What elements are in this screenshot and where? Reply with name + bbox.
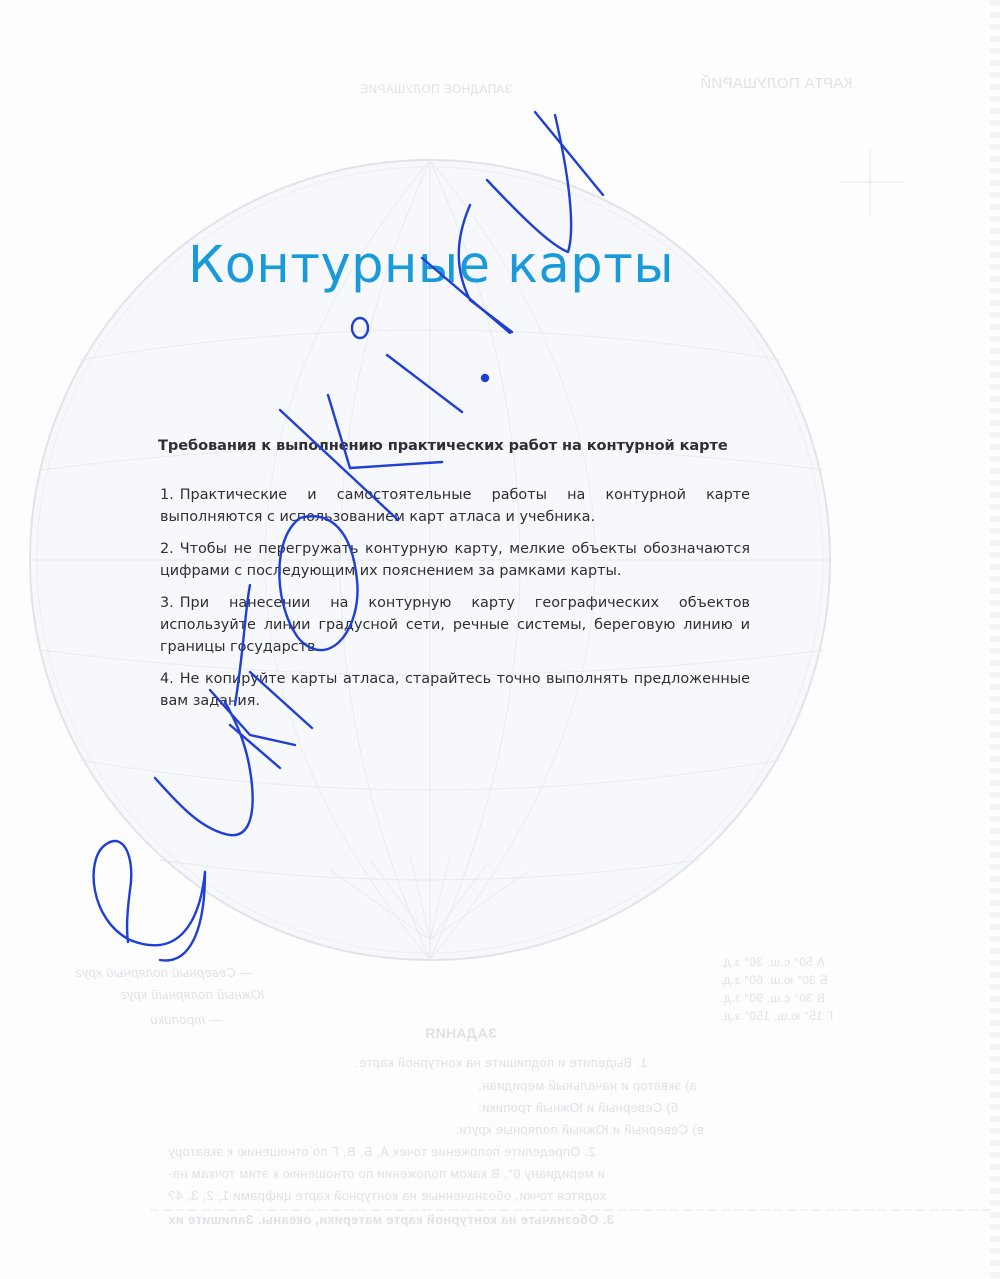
page-title: Контурные карты xyxy=(188,240,674,291)
handwriting-stroke xyxy=(387,355,462,412)
handwriting-stroke xyxy=(328,395,350,468)
ghost-coord: В 30° с.ш. 90° з.д. xyxy=(720,991,825,1005)
ghost-task-line: 2. Определите положение точек А, Б, В, Г… xyxy=(168,1144,596,1159)
handwriting-stroke xyxy=(350,462,442,468)
ghost-coord: А 50° с.ш. 30° з.д. xyxy=(720,955,825,969)
scanned-page: КАРТА ПОЛУШАРИЙ ЗАПАДНОЕ ПОЛУШАРИЕ ЗАДАН… xyxy=(0,0,1000,1279)
requirement-text: При нанесении на контурную карту географ… xyxy=(160,595,750,655)
requirement-number: 4. xyxy=(160,671,174,687)
requirements-list: 1.Практические и самостоятельные работы … xyxy=(160,484,750,722)
handwriting-stroke xyxy=(482,375,488,381)
requirement-text: Не копируйте карты атласа, старайтесь то… xyxy=(160,671,750,709)
handwriting-stroke xyxy=(160,872,205,960)
ghost-tasks-heading: ЗАДАНИЯ xyxy=(425,1025,497,1041)
page-edge xyxy=(990,0,1000,1279)
ghost-coord: Б 30° ю.ш. 60° з.д. xyxy=(720,973,828,987)
handwriting-stroke xyxy=(230,725,280,768)
ghost-legend: — Северный полярный круг xyxy=(75,965,253,980)
ghost-legend: — тропики xyxy=(150,1012,222,1027)
requirement-item: 4.Не копируйте карты атласа, старайтесь … xyxy=(160,668,750,712)
requirement-item: 2.Чтобы не перегружать контурную карту, … xyxy=(160,538,750,582)
requirements-heading: Требования к выполнению практических раб… xyxy=(158,437,728,454)
requirement-number: 2. xyxy=(160,541,174,557)
requirement-text: Чтобы не перегружать контурную карту, ме… xyxy=(160,541,750,579)
ghost-task-line: 3. Обозначьте на контурной карте материк… xyxy=(168,1212,614,1227)
ghost-legend: Южный полярный круг xyxy=(120,987,265,1002)
handwriting-stroke xyxy=(535,112,603,195)
ghost-task-line: и меридиану 0°. В каком положении по отн… xyxy=(168,1166,605,1181)
handwriting-stroke xyxy=(487,115,571,252)
handwriting-stroke xyxy=(94,841,205,945)
requirement-number: 3. xyxy=(160,595,174,611)
ghost-task-line: 1. Выделите и подпишите на контурной кар… xyxy=(355,1055,647,1070)
ghost-task-line: ходятся точки, обозначенные на контурной… xyxy=(168,1188,606,1203)
requirement-text: Практические и самостоятельные работы на… xyxy=(160,487,750,525)
ghost-header-right: КАРТА ПОЛУШАРИЙ xyxy=(700,75,852,92)
ghost-coord: Г 15° ю.ш. 150° з.д. xyxy=(720,1009,833,1023)
requirement-item: 1.Практические и самостоятельные работы … xyxy=(160,484,750,528)
ghost-task-line: в) Северный и Южный полярные круги. xyxy=(455,1122,704,1137)
requirement-item: 3.При нанесении на контурную карту геогр… xyxy=(160,592,750,658)
ghost-task-line: б) Северный и Южный тропики; xyxy=(478,1100,678,1115)
ghost-task-line: а) экватор и начальный меридиан; xyxy=(478,1078,697,1093)
ghost-header-center: ЗАПАДНОЕ ПОЛУШАРИЕ xyxy=(360,82,512,96)
requirement-number: 1. xyxy=(160,487,174,503)
handwriting-stroke xyxy=(352,318,368,338)
